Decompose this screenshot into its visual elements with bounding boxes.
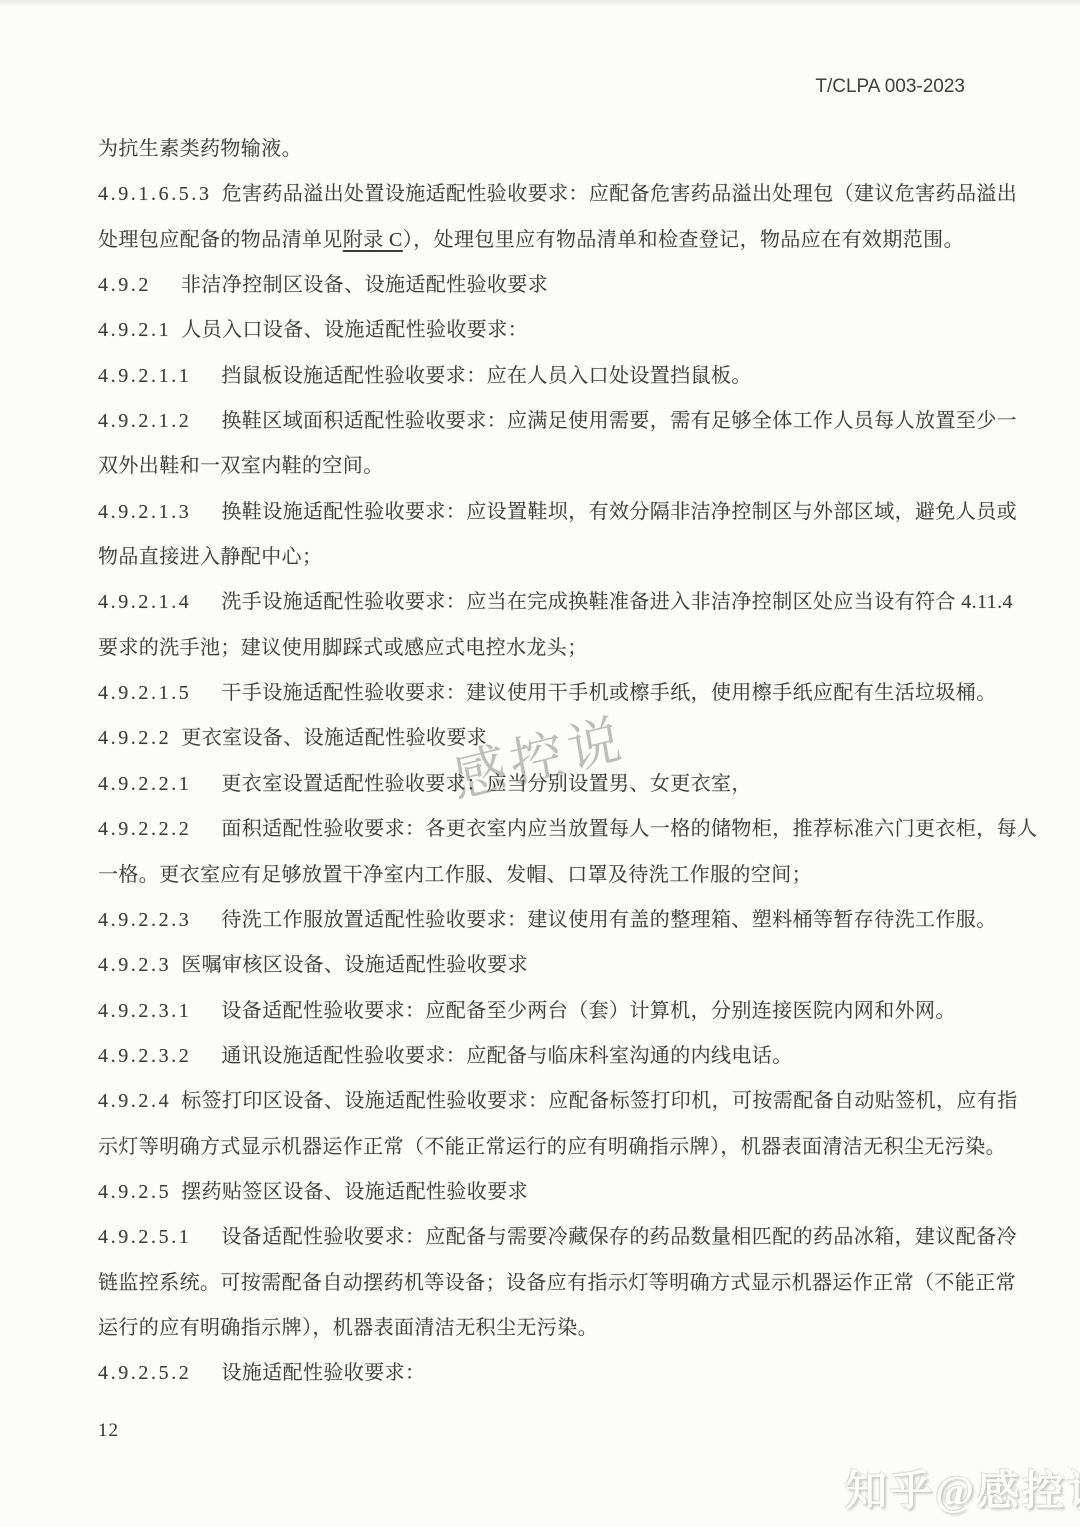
document-body: 为抗生素类药物输液。4.9.1.6.5.3危害药品溢出处置设施适配性验收要求：应… — [98, 127, 1008, 1397]
clause-text: 双外出鞋和一双室内鞋的空间。 — [98, 455, 384, 477]
clause-number: 4.9.2.3.1 — [98, 1000, 191, 1022]
clause-text: 物品直接进入静配中心； — [98, 546, 322, 568]
document-line: 4.9.2.1.4洗手设施适配性验收要求：应当在完成换鞋准备进入非洁净控制区处应… — [98, 580, 1008, 625]
document-line: 4.9.2.1.5干手设施适配性验收要求：建议使用干手机或檫手纸，使用檫手纸应配… — [98, 671, 1008, 716]
clause-number: 4.9.2 — [98, 274, 151, 296]
document-line: 处理包应配备的物品清单见附录 C），处理包里应有物品清单和检查登记，物品应在有效… — [98, 218, 1008, 263]
document-line: 4.9.2非洁净控制区设备、设施适配性验收要求 — [98, 263, 1008, 308]
clause-text: 设备适配性验收要求：应配备至少两台（套）计算机，分别连接医院内网和外网。 — [221, 1000, 955, 1022]
document-line: 一格。更衣室应有足够放置干净室内工作服、发帽、口罩及待洗工作服的空间； — [98, 853, 1008, 898]
document-line: 示灯等明确方式显示机器运作正常（不能正常运行的应有明确指示牌），机器表面清洁无积… — [98, 1125, 1008, 1170]
page-number: 12 — [98, 1408, 119, 1453]
clause-number: 4.9.2.5.1 — [98, 1226, 191, 1248]
standard-code: T/CLPA 003-2023 — [815, 76, 965, 98]
clause-text: 医嘱审核区设备、设施适配性验收要求 — [181, 954, 528, 976]
clause-number: 4.9.2.3 — [98, 954, 171, 976]
document-line: 4.9.2.2.2面积适配性验收要求：各更衣室内应当放置每人一格的储物柜，推荐标… — [98, 807, 1008, 852]
clause-text: 危害药品溢出处置设施适配性验收要求：应配备危害药品溢出处理包（建议危害药品溢出 — [222, 183, 1018, 205]
clause-text: 换鞋区域面积适配性验收要求：应满足使用需要，需有足够全体工作人员每人放置至少一 — [221, 410, 1017, 432]
clause-text: 摆药贴签区设备、设施适配性验收要求 — [181, 1181, 528, 1203]
clause-number: 4.9.2.3.2 — [98, 1045, 191, 1067]
clause-text: 换鞋设施适配性验收要求：应设置鞋坝，有效分隔非洁净控制区与外部区域，避免人员或 — [221, 501, 1017, 523]
clause-number: 4.9.2.2.2 — [98, 818, 191, 840]
clause-text: 干手设施适配性验收要求：建议使用干手机或檫手纸，使用檫手纸应配有生活垃圾桶。 — [221, 682, 996, 704]
clause-text: 设备适配性验收要求：应配备与需要冷藏保存的药品数量相匹配的药品冰箱，建议配备冷 — [221, 1226, 1017, 1248]
clause-text: 通讯设施适配性验收要求：应配备与临床科室沟通的内线电话。 — [221, 1045, 792, 1067]
clause-text: 标签打印区设备、设施适配性验收要求：应配备标签打印机，可按需配备自动贴签机，应有… — [181, 1090, 1017, 1112]
clause-number: 4.9.2.1.4 — [98, 591, 191, 613]
document-line: 4.9.2.2.1更衣室设置适配性验收要求：应当分别设置男、女更衣室， — [98, 762, 1008, 807]
clause-text: 洗手设施适配性验收要求：应当在完成换鞋准备进入非洁净控制区处应当设有符合 4.1… — [221, 591, 1012, 613]
document-line: 运行的应有明确指示牌），机器表面清洁无积尘无污染。 — [98, 1306, 1008, 1351]
clause-number: 4.9.2.5.2 — [98, 1362, 191, 1384]
clause-number: 4.9.2.2.3 — [98, 909, 191, 931]
clause-text: 面积适配性验收要求：各更衣室内应当放置每人一格的储物柜，推荐标准六门更衣柜，每人 — [221, 818, 1037, 840]
clause-text: 为抗生素类药物输液。 — [98, 138, 302, 160]
clause-number: 4.9.2.1 — [98, 319, 171, 341]
document-line: 4.9.2.4标签打印区设备、设施适配性验收要求：应配备标签打印机，可按需配备自… — [98, 1079, 1008, 1124]
document-line: 4.9.2.3.2通讯设施适配性验收要求：应配备与临床科室沟通的内线电话。 — [98, 1034, 1008, 1079]
clause-text: 运行的应有明确指示牌），机器表面清洁无积尘无污染。 — [98, 1317, 598, 1339]
clause-text: 非洁净控制区设备、设施适配性验收要求 — [181, 274, 548, 296]
clause-text: 更衣室设置适配性验收要求：应当分别设置男、女更衣室， — [221, 773, 751, 795]
clause-text: 一格。更衣室应有足够放置干净室内工作服、发帽、口罩及待洗工作服的空间； — [98, 864, 812, 886]
document-line: 4.9.2.2更衣室设备、设施适配性验收要求 — [98, 716, 1008, 761]
clause-text: ），处理包里应有物品清单和检查登记，物品应在有效期范围。 — [403, 229, 964, 251]
clause-text: 处理包应配备的物品清单见 — [98, 229, 343, 251]
clause-text: 人员入口设备、设施适配性验收要求： — [181, 319, 528, 341]
clause-text: 示灯等明确方式显示机器运作正常（不能正常运行的应有明确指示牌），机器表面清洁无积… — [98, 1136, 1006, 1158]
document-line: 4.9.2.2.3待洗工作服放置适配性验收要求：建议使用有盖的整理箱、塑料桶等暂… — [98, 898, 1008, 943]
document-line: 4.9.2.1.3换鞋设施适配性验收要求：应设置鞋坝，有效分隔非洁净控制区与外部… — [98, 490, 1008, 535]
clause-number: 4.9.2.1.3 — [98, 501, 191, 523]
clause-number: 4.9.2.1.2 — [98, 410, 191, 432]
clause-number: 4.9.2.2.1 — [98, 773, 191, 795]
clause-number: 4.9.2.2 — [98, 727, 171, 749]
document-line: 4.9.2.1.2换鞋区域面积适配性验收要求：应满足使用需要，需有足够全体工作人… — [98, 399, 1008, 444]
document-line: 4.9.2.5.1设备适配性验收要求：应配备与需要冷藏保存的药品数量相匹配的药品… — [98, 1215, 1008, 1260]
bottom-right-watermark: 知乎@感控说 — [845, 1458, 1080, 1518]
clause-text: 待洗工作服放置适配性验收要求：建议使用有盖的整理箱、塑料桶等暂存待洗工作服。 — [221, 909, 996, 931]
clause-number: 4.9.2.1.1 — [98, 365, 191, 387]
clause-text: 挡鼠板设施适配性验收要求：应在人员入口处设置挡鼠板。 — [221, 365, 751, 387]
document-line: 为抗生素类药物输液。 — [98, 127, 1008, 172]
clause-number: 4.9.2.1.5 — [98, 682, 191, 704]
document-line: 物品直接进入静配中心； — [98, 535, 1008, 580]
clause-text: 设施适配性验收要求： — [221, 1362, 425, 1384]
clause-number: 4.9.2.4 — [98, 1090, 171, 1112]
clause-number: 4.9.2.5 — [98, 1181, 171, 1203]
document-line: 4.9.1.6.5.3危害药品溢出处置设施适配性验收要求：应配备危害药品溢出处理… — [98, 172, 1008, 217]
document-line: 4.9.2.3医嘱审核区设备、设施适配性验收要求 — [98, 943, 1008, 988]
clause-number: 4.9.1.6.5.3 — [98, 183, 212, 205]
document-line: 4.9.2.5摆药贴签区设备、设施适配性验收要求 — [98, 1170, 1008, 1215]
document-line: 要求的洗手池；建议使用脚踩式或感应式电控水龙头； — [98, 626, 1008, 671]
appendix-c-reference: 附录 C — [343, 229, 403, 251]
document-line: 4.9.2.1人员入口设备、设施适配性验收要求： — [98, 308, 1008, 353]
clause-text: 链监控系统。可按需配备自动摆药机等设备；设备应有指示灯等明确方式显示机器运作正常… — [98, 1272, 1016, 1294]
document-line: 4.9.2.5.2设施适配性验收要求： — [98, 1351, 1008, 1396]
document-line: 4.9.2.1.1挡鼠板设施适配性验收要求：应在人员入口处设置挡鼠板。 — [98, 354, 1008, 399]
document-line: 链监控系统。可按需配备自动摆药机等设备；设备应有指示灯等明确方式显示机器运作正常… — [98, 1261, 1008, 1306]
clause-text: 更衣室设备、设施适配性验收要求 — [181, 727, 487, 749]
document-page: 感控说 T/CLPA 003-2023 为抗生素类药物输液。4.9.1.6.5.… — [0, 0, 1080, 1527]
clause-text: 要求的洗手池；建议使用脚踩式或感应式电控水龙头； — [98, 637, 588, 659]
document-line: 双外出鞋和一双室内鞋的空间。 — [98, 444, 1008, 489]
document-line: 4.9.2.3.1设备适配性验收要求：应配备至少两台（套）计算机，分别连接医院内… — [98, 989, 1008, 1034]
